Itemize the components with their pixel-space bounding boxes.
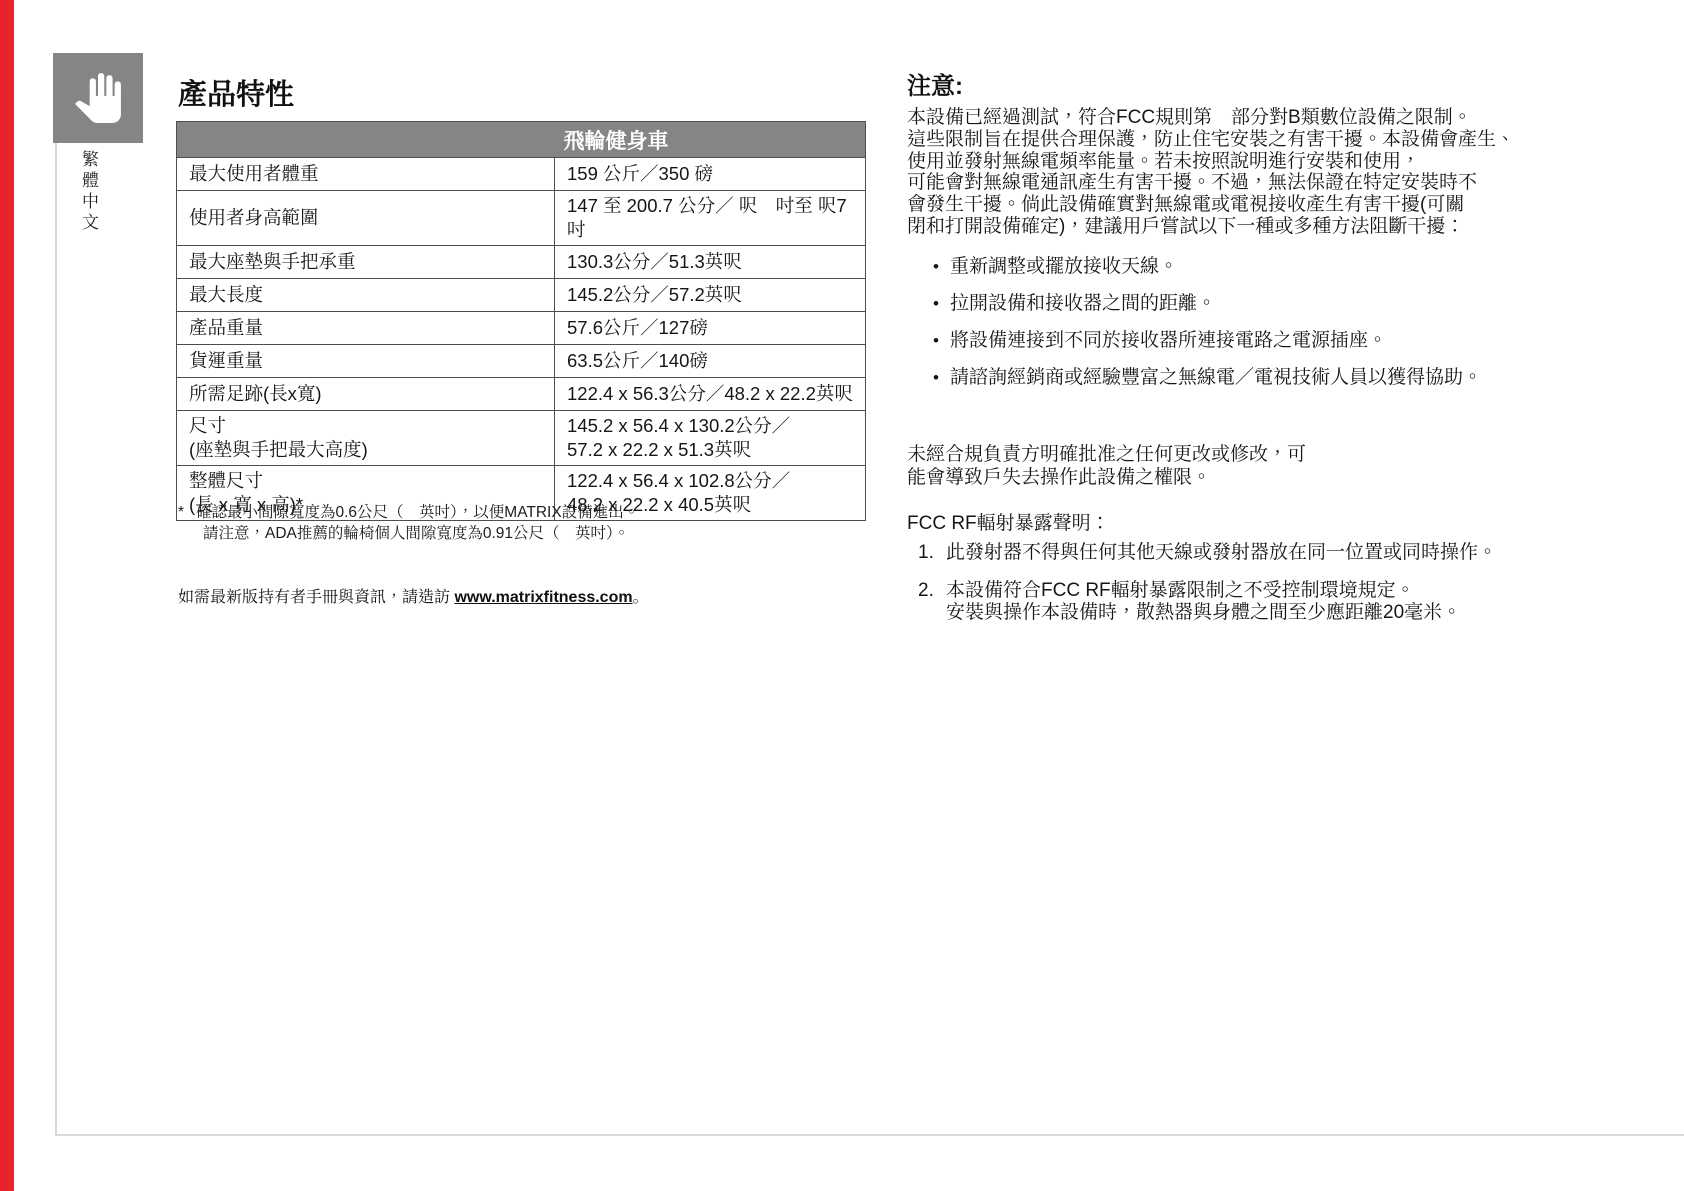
spec-label-cell: 最大長度 (177, 279, 555, 311)
manual-page: 繁體中文 產品特性 飛輪健身車 最大使用者體重 159 公斤／350 磅 (0, 0, 1684, 1191)
website-prefix: 如需最新版持有者手冊與資訊，請造訪 (178, 589, 454, 606)
item-text: 此發射器不得與任何其他天線或發射器放在同一位置或同時操作。 (946, 542, 1497, 564)
spec-label: 貨運重量 (189, 349, 544, 373)
spec-value: 145.2公分／57.2英呎 (567, 283, 855, 307)
table-row: 最大使用者體重 159 公斤／350 磅 (177, 157, 865, 190)
spec-value-cell: 63.5公斤／140磅 (555, 345, 865, 377)
spec-label: 使用者身高範圍 (189, 206, 544, 230)
bullet-icon: • (933, 367, 950, 388)
fcc-rf-heading: FCC RF輻射暴露聲明： (907, 508, 1110, 535)
spec-value: 145.2 x 56.4 x 130.2公分／ (567, 414, 855, 438)
spec-value: 57.6公斤／127磅 (567, 316, 855, 340)
spec-label: 產品重量 (189, 316, 544, 340)
spec-label-cell: 尺寸 (座墊與手把最大高度) (177, 411, 555, 465)
footnote-line-2: 請注意，ADA推薦的輪椅個人間隙寬度為0.91公尺（ 英吋）。 (196, 523, 639, 544)
spec-value-line2: 57.2 x 22.2 x 51.3英呎 (567, 438, 855, 462)
spec-label: 尺寸 (189, 414, 544, 438)
table-footnote: * 確認最小間隙寬度為0.6公尺（ 英吋），以便MATRIX設備進出。 請注意，… (178, 502, 818, 544)
fcc-numbered-list: 1. 此發射器不得與任何其他天線或發射器放在同一位置或同時操作。 2. 本設備符… (918, 542, 1497, 639)
notice-bullet-list: • 重新調整或擺放接收天線。 • 拉開設備和接收器之間的距離。 • 將設備連接到… (933, 256, 1482, 404)
stop-hand-icon (73, 73, 123, 123)
footnote-line-1: 確認最小間隙寬度為0.6公尺（ 英吋），以便MATRIX設備進出。 (196, 502, 639, 523)
warning-line: 未經合規負責方明確批准之任何更改或修改，可 (907, 444, 1306, 467)
spec-value-cell: 147 至 200.7 公分／ 呎 吋至 呎7吋 (555, 191, 865, 245)
spec-label-line2: (座墊與手把最大高度) (189, 438, 544, 462)
bullet-icon: • (933, 330, 950, 351)
spec-label: 最大使用者體重 (189, 162, 544, 186)
spec-value: 122.4 x 56.4 x 102.8公分／ (567, 469, 855, 493)
spec-label: 整體尺寸 (189, 469, 544, 493)
bullet-text: 重新調整或擺放接收天線。 (950, 256, 1178, 277)
modifications-warning-paragraph: 未經合規負責方明確批准之任何更改或修改，可 能會導致戶失去操作此設備之權限。 (907, 444, 1306, 489)
spec-value-cell: 145.2公分／57.2英呎 (555, 279, 865, 311)
item-number: 2. (918, 580, 946, 624)
spec-label-cell: 使用者身高範圍 (177, 191, 555, 245)
spec-label-cell: 最大座墊與手把承重 (177, 246, 555, 278)
bullet-icon: • (933, 256, 950, 277)
notice-intro-line: 這些限制旨在提供合理保護，防止住宅安裝之有害干擾。本設備會產生、 (907, 129, 1515, 151)
list-item: • 請諮詢經銷商或經驗豐富之無線電／電視技術人員以獲得協助。 (933, 367, 1482, 388)
spec-value: 147 至 200.7 公分／ 呎 吋至 呎7吋 (567, 194, 855, 242)
spec-value: 122.4 x 56.3公分／48.2 x 22.2英呎 (567, 382, 855, 406)
website-line: 如需最新版持有者手冊與資訊，請造訪 www.matrixfitness.com。 (178, 584, 649, 607)
spec-value: 159 公斤／350 磅 (567, 162, 855, 186)
spec-value-cell: 159 公斤／350 磅 (555, 158, 865, 190)
table-row: 最大座墊與手把承重 130.3公分／51.3英呎 (177, 245, 865, 278)
bullet-text: 將設備連接到不同於接收器所連接電路之電源插座。 (950, 330, 1387, 351)
language-tab-label: 繁體中文 (76, 150, 101, 234)
bullet-text: 請諮詢經銷商或經驗豐富之無線電／電視技術人員以獲得協助。 (950, 367, 1482, 388)
notice-intro-paragraph: 本設備已經過測試，符合FCC規則第 部分對B類數位設備之限制。 這些限制旨在提供… (907, 107, 1515, 238)
spec-value-cell: 57.6公斤／127磅 (555, 312, 865, 344)
table-row: 尺寸 (座墊與手把最大高度) 145.2 x 56.4 x 130.2公分／ 5… (177, 410, 865, 465)
spec-value-cell: 122.4 x 56.3公分／48.2 x 22.2英呎 (555, 378, 865, 410)
list-item: • 將設備連接到不同於接收器所連接電路之電源插座。 (933, 330, 1482, 351)
notice-intro-line: 使用並發射無線電頻率能量。若未按照說明進行安裝和使用， (907, 151, 1515, 173)
footnote-lines: 確認最小間隙寬度為0.6公尺（ 英吋），以便MATRIX設備進出。 請注意，AD… (196, 502, 639, 544)
item-line-1: 本設備符合FCC RF輻射暴露限制之不受控制環境規定。 (946, 580, 1461, 602)
table-row: 貨運重量 63.5公斤／140磅 (177, 344, 865, 377)
spec-label-cell: 貨運重量 (177, 345, 555, 377)
spec-value-cell: 145.2 x 56.4 x 130.2公分／ 57.2 x 22.2 x 51… (555, 411, 865, 465)
spec-label-cell: 最大使用者體重 (177, 158, 555, 190)
bullet-icon: • (933, 293, 950, 314)
table-row: 使用者身高範圍 147 至 200.7 公分／ 呎 吋至 呎7吋 (177, 190, 865, 245)
spec-label-cell: 所需足跡(長x寬) (177, 378, 555, 410)
spec-value: 130.3公分／51.3英呎 (567, 250, 855, 274)
page-frame-left-line (55, 142, 57, 1134)
spec-label: 最大長度 (189, 283, 544, 307)
list-item: • 重新調整或擺放接收天線。 (933, 256, 1482, 277)
list-item: 2. 本設備符合FCC RF輻射暴露限制之不受控制環境規定。 安裝與操作本設備時… (918, 580, 1497, 624)
spec-label: 最大座墊與手把承重 (189, 250, 544, 274)
warning-line: 能會導致戶失去操作此設備之權限。 (907, 467, 1306, 490)
spec-table-body: 最大使用者體重 159 公斤／350 磅 使用者身高範圍 147 至 (177, 157, 865, 520)
spec-value: 63.5公斤／140磅 (567, 349, 855, 373)
item-line-1: 此發射器不得與任何其他天線或發射器放在同一位置或同時操作。 (946, 542, 1497, 564)
website-link[interactable]: www.matrixfitness.com (454, 589, 632, 606)
notice-intro-line: 本設備已經過測試，符合FCC規則第 部分對B類數位設備之限制。 (907, 107, 1515, 129)
notice-intro-line: 會發生干擾。倘此設備確實對無線電或電視接收產生有害干擾(可關 (907, 194, 1515, 216)
spec-label-cell: 產品重量 (177, 312, 555, 344)
list-item: • 拉開設備和接收器之間的距離。 (933, 293, 1482, 314)
website-suffix: 。 (633, 589, 649, 606)
footnote-asterisk: * (178, 502, 196, 544)
page-edge-accent-bar (0, 0, 14, 1191)
item-text: 本設備符合FCC RF輻射暴露限制之不受控制環境規定。 安裝與操作本設備時，散熱… (946, 580, 1461, 624)
item-number: 1. (918, 542, 946, 564)
item-line-2: 安裝與操作本設備時，散熱器與身體之間至少應距離20毫米。 (946, 602, 1461, 624)
stop-hand-tab (53, 53, 143, 143)
table-row: 產品重量 57.6公斤／127磅 (177, 311, 865, 344)
spec-table-header-label: 飛輪健身車 (564, 125, 669, 155)
spec-value-cell: 130.3公分／51.3英呎 (555, 246, 865, 278)
list-item: 1. 此發射器不得與任何其他天線或發射器放在同一位置或同時操作。 (918, 542, 1497, 564)
page-title: 產品特性 (178, 72, 294, 113)
spec-table: 飛輪健身車 最大使用者體重 159 公斤／350 磅 (176, 121, 866, 521)
page-frame-bottom-line (55, 1134, 1684, 1136)
notice-intro-line: 可能會對無線電通訊產生有害干擾。不過，無法保證在特定安裝時不 (907, 172, 1515, 194)
table-row: 所需足跡(長x寬) 122.4 x 56.3公分／48.2 x 22.2英呎 (177, 377, 865, 410)
notice-title: 注意: (907, 66, 963, 101)
spec-label: 所需足跡(長x寬) (189, 382, 544, 406)
spec-table-header: 飛輪健身車 (177, 122, 865, 157)
notice-intro-line: 閉和打開設備確定)，建議用戶嘗試以下一種或多種方法阻斷干擾： (907, 216, 1515, 238)
bullet-text: 拉開設備和接收器之間的距離。 (950, 293, 1216, 314)
table-row: 最大長度 145.2公分／57.2英呎 (177, 278, 865, 311)
